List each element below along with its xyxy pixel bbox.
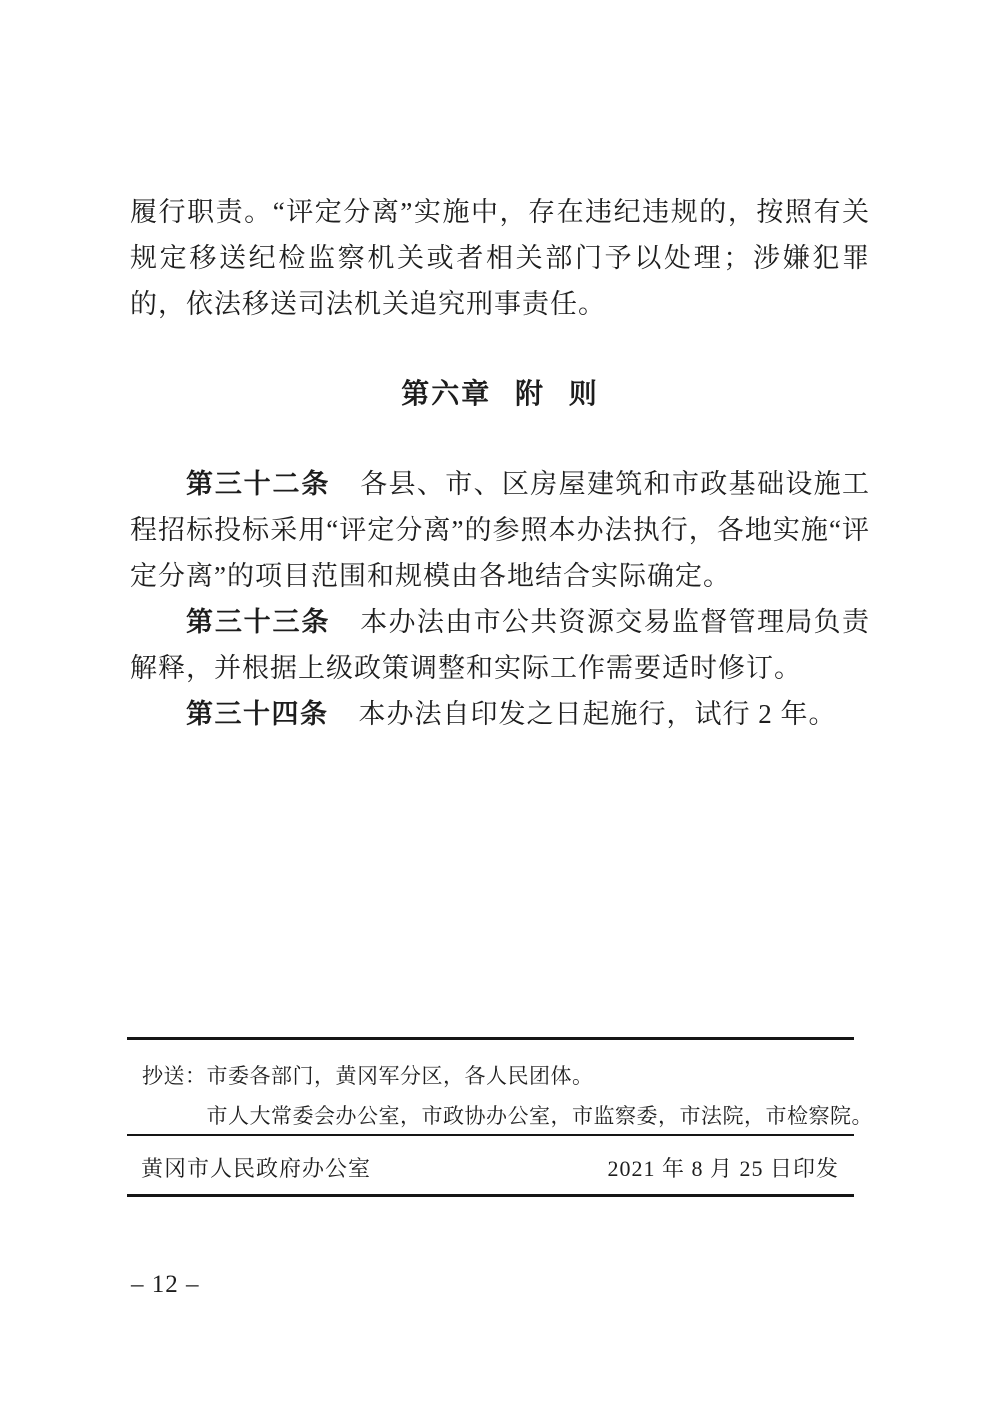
copy-to-block: 抄送： 市委各部门，黄冈军分区，各人民团体。 市人大常委会办公室，市政协办公室，… — [142, 1056, 862, 1136]
footer-top-rule — [127, 1037, 854, 1040]
footer-middle-rule — [127, 1134, 854, 1136]
chapter-heading: 第六章 附 则 — [130, 371, 870, 417]
article-34-label: 第三十四条 — [186, 699, 329, 729]
copy-to-label: 抄送： — [142, 1056, 207, 1096]
article-34: 第三十四条本办法自印发之日起施行，试行 2 年。 — [130, 691, 870, 737]
document-body: 履行职责。“评定分离”实施中，存在违纪违规的，按照有关规定移送纪检监察机关或者相… — [130, 189, 870, 737]
document-page: 履行职责。“评定分离”实施中，存在违纪违规的，按照有关规定移送纪检监察机关或者相… — [0, 0, 1000, 1414]
article-32-label: 第三十二条 — [186, 469, 330, 499]
copy-to-lines: 市委各部门，黄冈军分区，各人民团体。 市人大常委会办公室，市政协办公室，市监察委… — [207, 1056, 874, 1136]
article-34-text: 本办法自印发之日起施行，试行 2 年。 — [359, 699, 837, 729]
article-33: 第三十三条本办法由市公共资源交易监督管理局负责解释，并根据上级政策调整和实际工作… — [130, 599, 870, 691]
copy-to-line1: 市委各部门，黄冈军分区，各人民团体。 — [207, 1056, 874, 1096]
footer-bottom-rule — [127, 1194, 854, 1197]
copy-to-line2: 市人大常委会办公室，市政协办公室，市监察委，市法院，市检察院。 — [207, 1096, 874, 1136]
article-33-label: 第三十三条 — [186, 607, 330, 637]
issuing-office: 黄冈市人民政府办公室 — [141, 1150, 371, 1188]
page-number: – 12 – — [131, 1268, 200, 1302]
paragraph-continuation: 履行职责。“评定分离”实施中，存在违纪违规的，按照有关规定移送纪检监察机关或者相… — [130, 189, 870, 327]
issuer-row: 黄冈市人民政府办公室 2021 年 8 月 25 日印发 — [127, 1150, 854, 1188]
print-date: 2021 年 8 月 25 日印发 — [607, 1150, 839, 1188]
article-32: 第三十二条各县、市、区房屋建筑和市政基础设施工程招标投标采用“评定分离”的参照本… — [130, 461, 870, 599]
